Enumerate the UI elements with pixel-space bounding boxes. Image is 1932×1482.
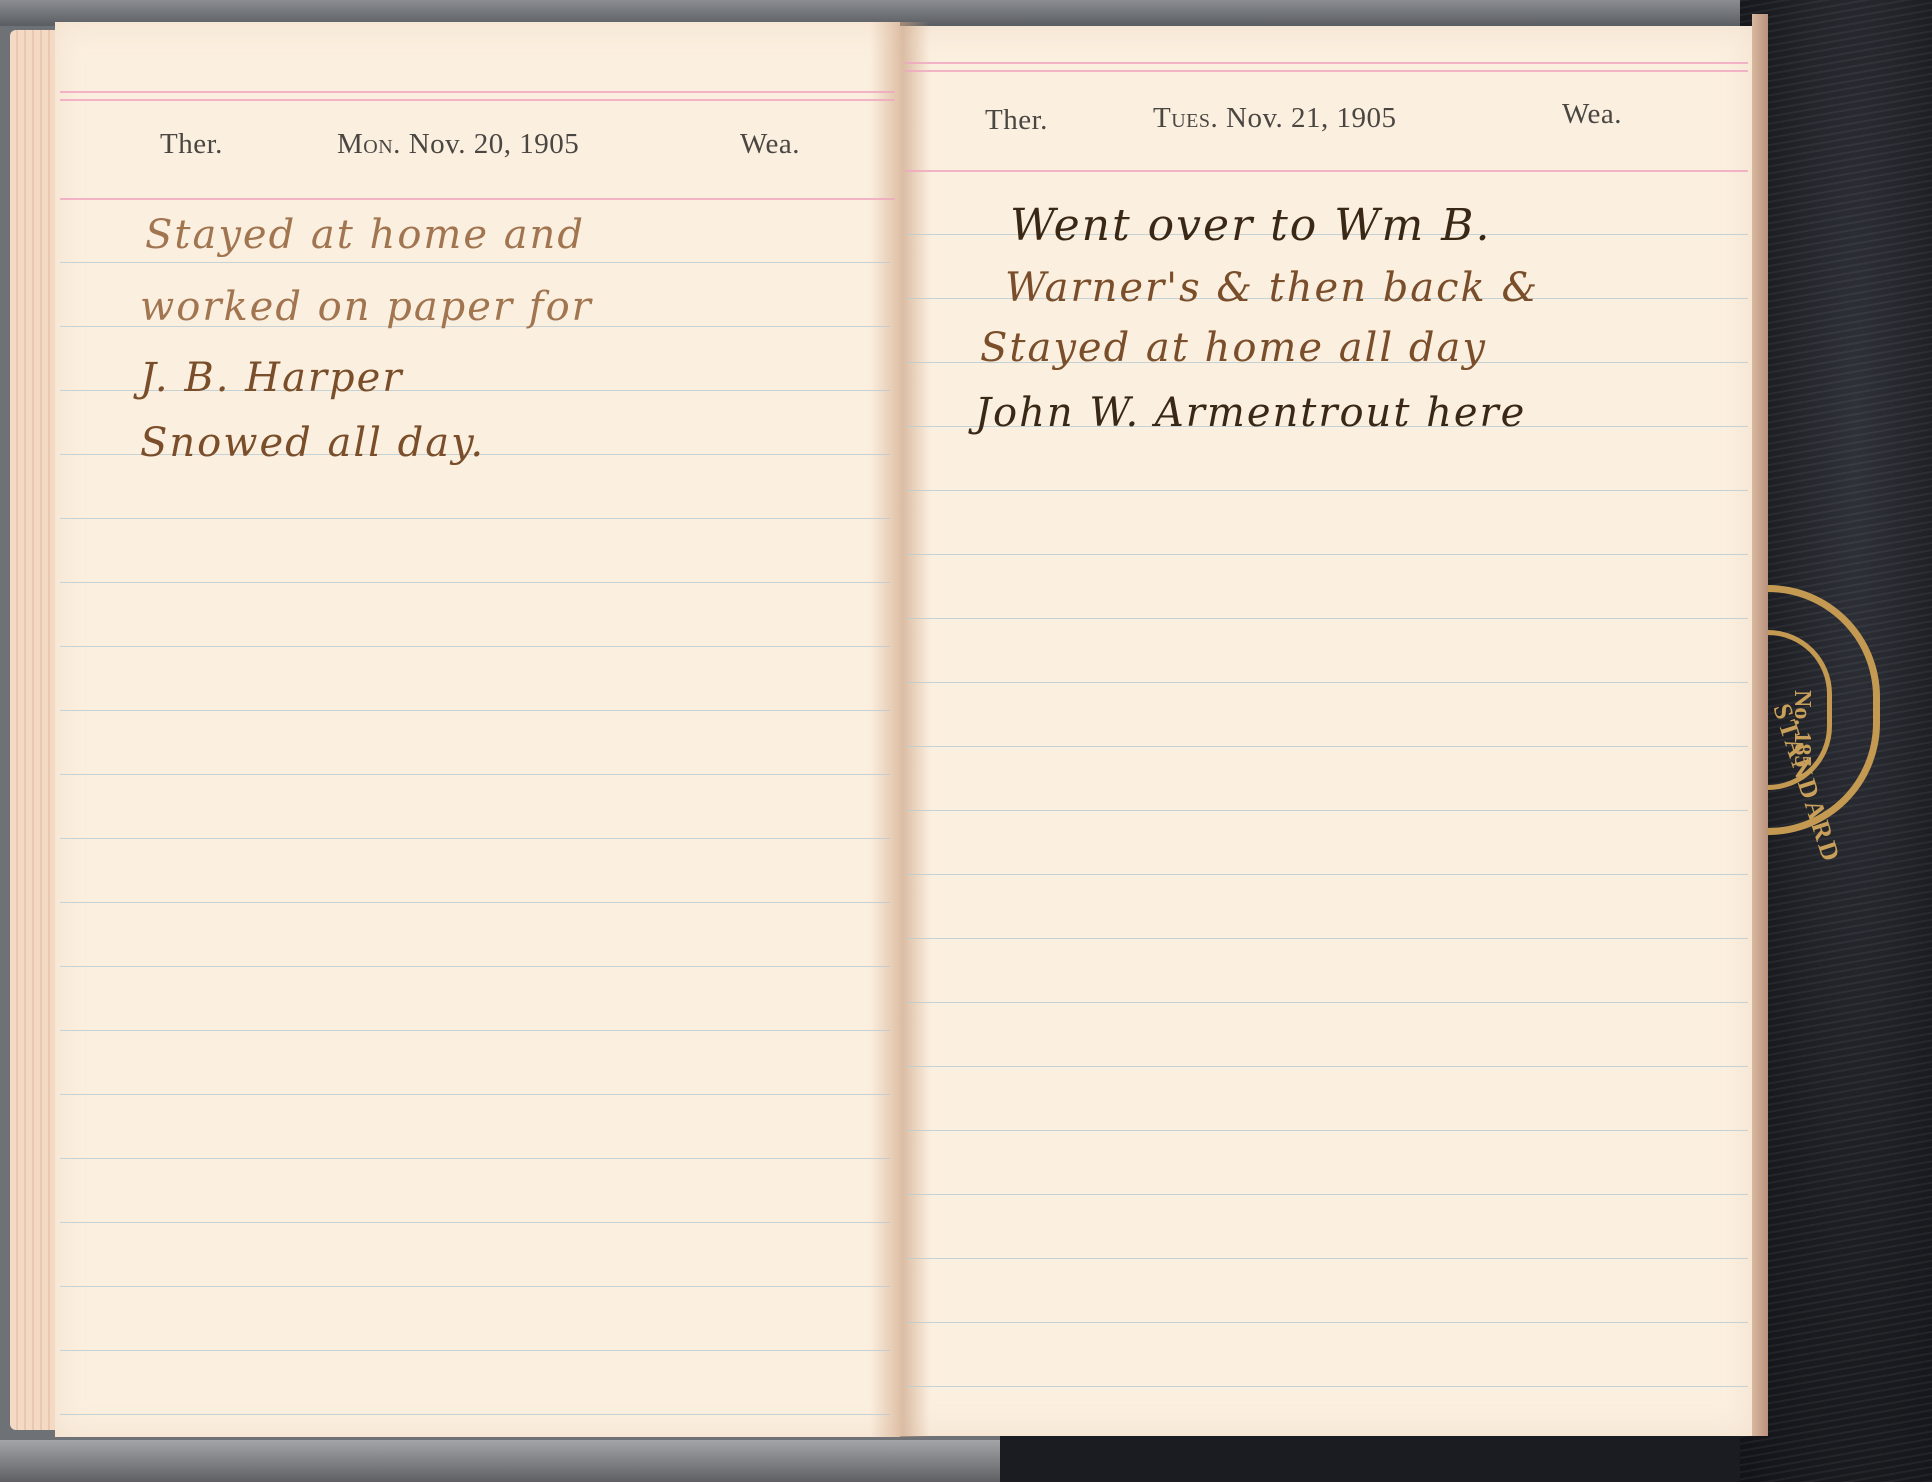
header-rule-top (905, 70, 1748, 72)
date-weekday: Mon. (337, 128, 401, 160)
date-text: Nov. 21, 1905 (1226, 102, 1397, 134)
header-rule-bottom (60, 198, 895, 200)
entry-line: Stayed at home all day (980, 325, 1487, 371)
seal-number-text: No. 185 (1788, 690, 1815, 767)
entry-line: J. B. Harper (140, 355, 403, 401)
entry-line: worked on paper for (140, 284, 593, 330)
page-date: Mon. Nov. 20, 1905 (337, 128, 579, 161)
header-rule-bottom (905, 170, 1748, 172)
thermometer-label: Ther. (985, 104, 1048, 137)
weather-label: Wea. (1562, 98, 1622, 131)
entry-line: Stayed at home and (145, 212, 585, 258)
entry-line: Warner's & then back & (1005, 265, 1539, 311)
right-page-edge (1752, 14, 1768, 1436)
page-date: Tues. Nov. 21, 1905 (1153, 102, 1397, 135)
page-stack-edge (10, 30, 60, 1430)
header-rule-top (60, 99, 895, 101)
entry-line: Snowed all day. (140, 420, 485, 466)
header-rule-top (60, 91, 895, 93)
date-text: Nov. 20, 1905 (409, 128, 580, 160)
date-weekday: Tues. (1153, 102, 1218, 134)
header-rule-top (905, 62, 1748, 64)
entry-line: Went over to Wm B. (1010, 200, 1492, 251)
weather-label: Wea. (740, 128, 800, 161)
entry-line: John W. Armentrout here (975, 390, 1526, 436)
thermometer-label: Ther. (160, 128, 223, 161)
